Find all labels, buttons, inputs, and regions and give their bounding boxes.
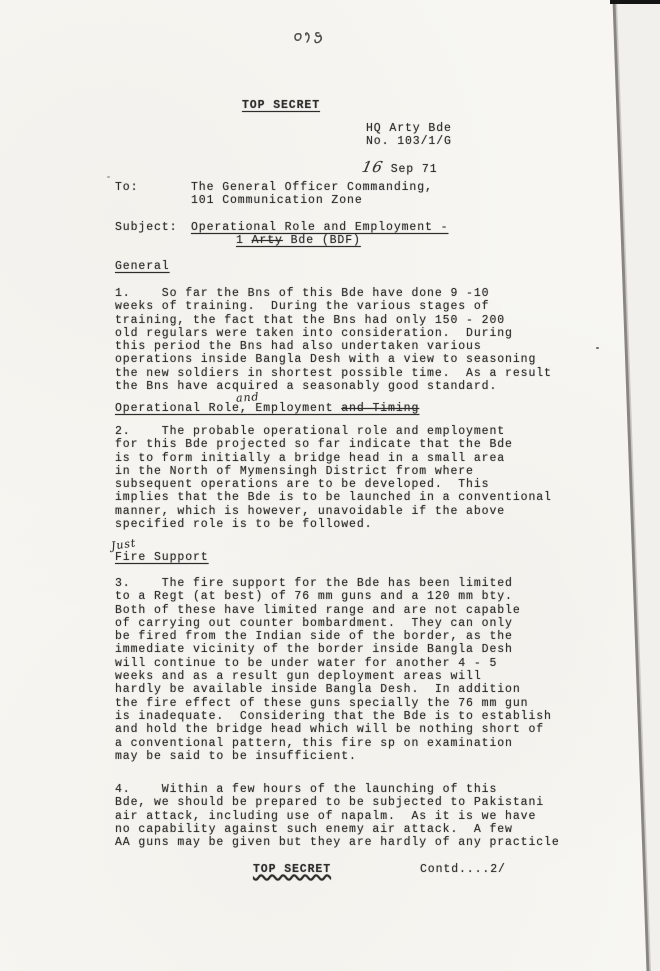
letterhead-reference: No. 103/1/G: [366, 135, 452, 148]
general-heading: General: [115, 260, 170, 273]
date-day-handwritten: 16: [361, 161, 385, 174]
classification-footer: TOP SECRET: [253, 863, 331, 876]
date-typed: Sep 71: [383, 163, 438, 176]
to-recipient: The General Officer Commanding, 101 Comm…: [191, 181, 433, 208]
paragraph-2: 2. The probable operational role and emp…: [115, 425, 615, 531]
fire-support-heading: JustFire Support: [115, 551, 209, 564]
paragraph-3: 3. The fire support for the Bde has been…: [115, 577, 615, 763]
role-heading-mid: Employment: [248, 402, 342, 415]
subject-label: Subject:: [115, 221, 177, 234]
paper-speck: [107, 176, 110, 178]
role-heading-pre: Operational Role,: [115, 402, 248, 415]
paragraph-1: 1. So far the Bns of this Bde have done …: [115, 287, 615, 393]
bengali-page-number: [292, 30, 330, 47]
fire-heading-text: Fire Support: [115, 551, 209, 564]
role-heading-struck-words: and Timing: [341, 402, 419, 415]
subject-line2-struck-word: Arty: [252, 234, 283, 247]
paragraph-4: 4. Within a few hours of the launching o…: [115, 783, 615, 849]
classification-header: TOP SECRET: [242, 99, 320, 112]
scanned-memo-page: TOP SECRET HQ Arty Bde No. 103/1/G 16 Se…: [0, 0, 660, 971]
role-heading-handwritten-and: and: [236, 390, 260, 405]
subject-line2: 1 Arty Bde (BDF): [236, 234, 361, 247]
subject-line2-pre: 1: [236, 234, 252, 247]
subject-line1: Operational Role and Employment -: [191, 221, 448, 234]
date-line: 16 Sep 71: [362, 161, 438, 176]
to-label: To:: [115, 181, 138, 194]
subject-line2-post: Bde (BDF): [283, 234, 361, 247]
letterhead-unit: HQ Arty Bde: [366, 122, 452, 135]
role-heading: andOperational Role, Employment and Timi…: [115, 402, 419, 415]
continuation-note: Contd....2/: [420, 863, 506, 876]
